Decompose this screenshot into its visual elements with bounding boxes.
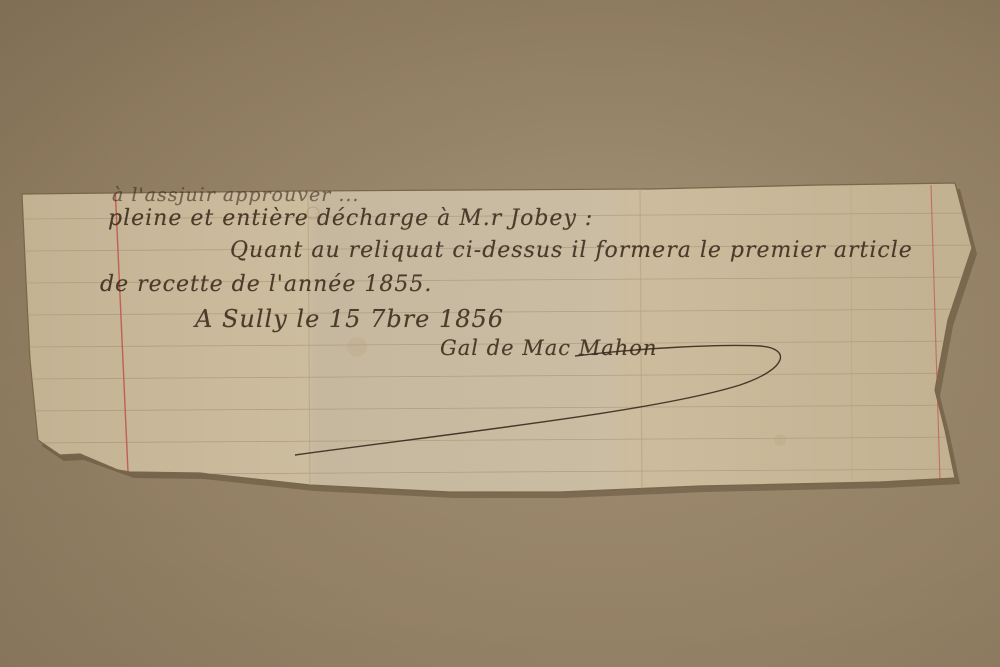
signature: Gal de Mac Mahon <box>440 336 657 360</box>
paper-fragment: à l'assjuir approuver ... pleine et enti… <box>0 0 1000 667</box>
paper-sheet-graphic <box>0 0 1000 667</box>
document-line-1: à l'assjuir approuver ... <box>112 184 359 206</box>
document-line-4: de recette de l'année 1855. <box>100 272 432 297</box>
document-line-2: pleine et entière décharge à M.r Jobey : <box>108 206 593 231</box>
document-dateline: A Sully le 15 7bre 1856 <box>195 305 504 333</box>
document-line-3: Quant au reliquat ci-dessus il formera l… <box>230 238 913 263</box>
